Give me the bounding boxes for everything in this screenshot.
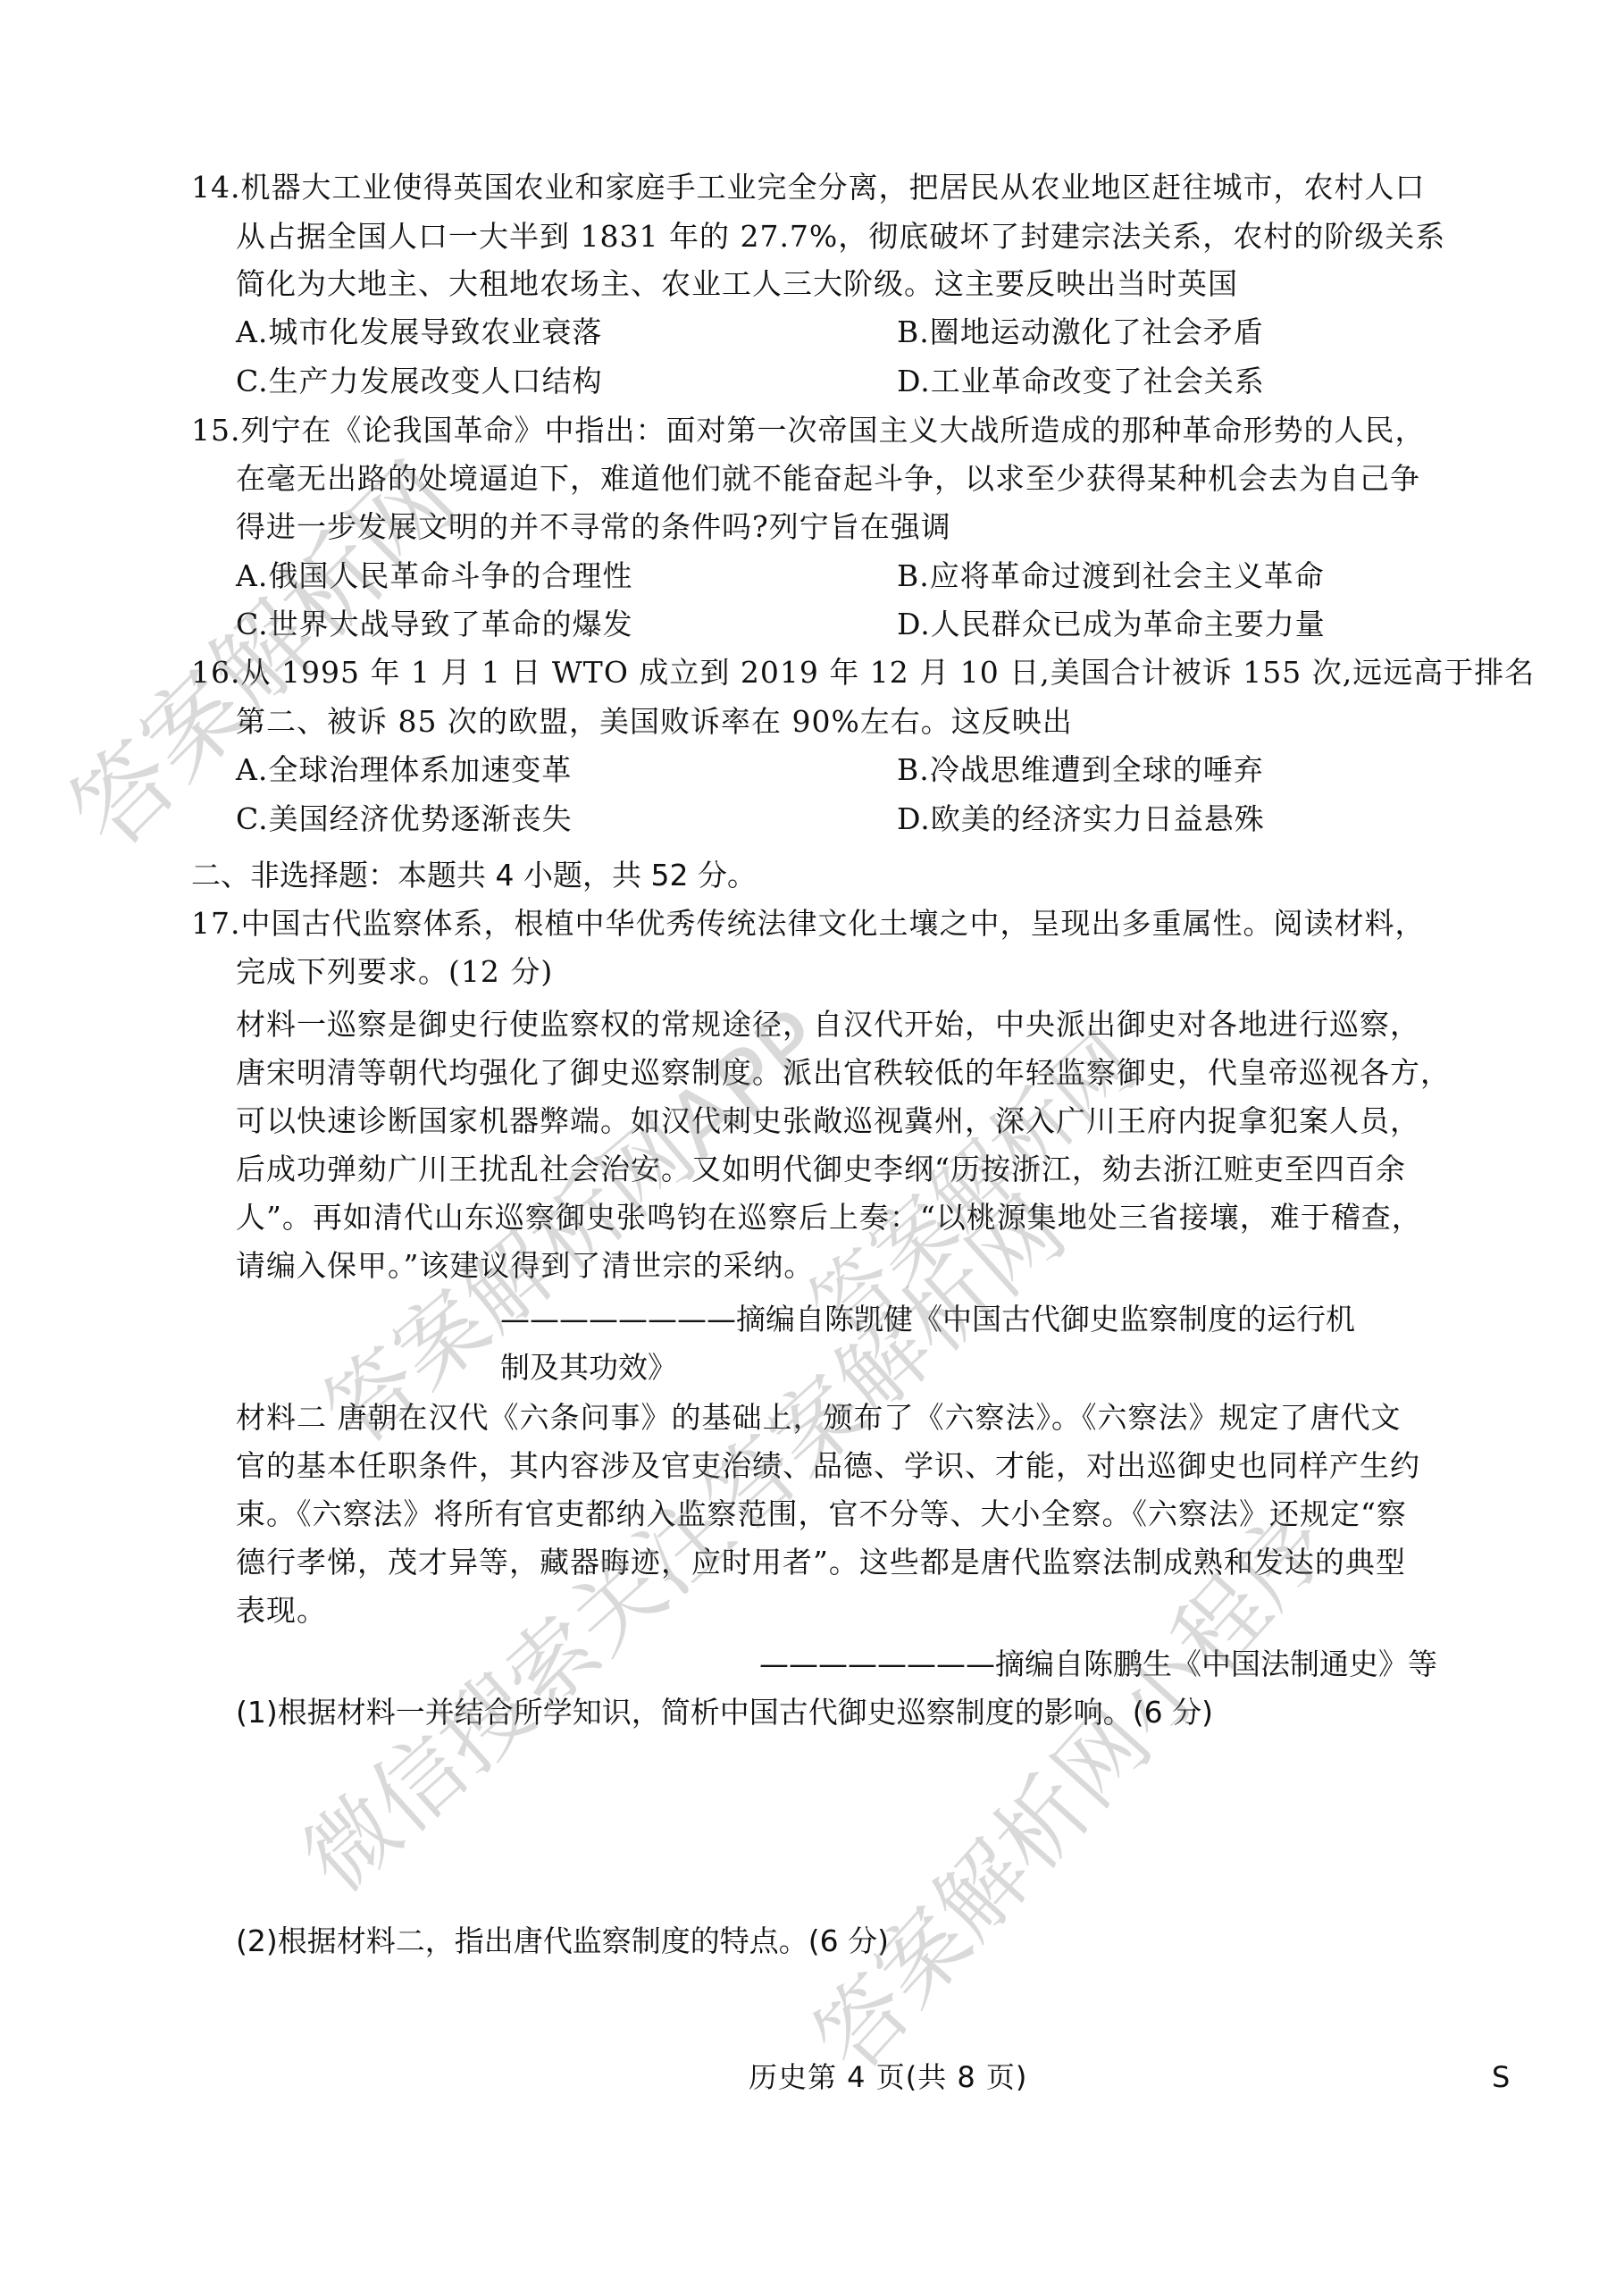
option-c: C.美国经济优势逐渐丧失 [236,801,573,837]
question-line: 从占据全国人口一大半到 1831 年的 27.7%，彻底破坏了封建宗法关系，农村… [236,219,1445,255]
sub-question-2: (2)根据材料二，指出唐代监察制度的特点。(6 分) [236,1923,889,1959]
question-line: 得进一步发展文明的并不寻常的条件吗?列宁旨在强调 [236,509,951,545]
question-number: 17. [191,906,240,941]
question-line: 简化为大地主、大租地农场主、农业工人三大阶级。这主要反映出当时英国 [236,266,1238,302]
material-2-source: ————————摘编自陈鹏生《中国法制通史》等 [759,1647,1437,1682]
material-1-source-cont: 制及其功效》 [500,1350,677,1386]
question-line: 在毫无出路的处境逼迫下，难道他们就不能奋起斗争，以求至少获得某种机会去为自己争 [236,461,1420,497]
option-b: B.应将革命过渡到社会主义革命 [897,558,1325,594]
option-b: B.冷战思维遭到全球的唾弃 [897,752,1264,788]
option-d: D.欧美的经济实力日益悬殊 [897,801,1265,837]
exam-page: 14.机器大工业使得英国农业和家庭手工业完全分离，把居民从农业地区赶往城市，农村… [0,0,1624,2296]
option-a: A.全球治理体系加速变革 [236,752,572,788]
option-c: C.世界大战导致了革命的爆发 [236,607,633,642]
option-b: B.圈地运动激化了社会矛盾 [897,314,1264,350]
question-line: 完成下列要求。(12 分) [236,954,553,990]
question-line: 14.机器大工业使得英国农业和家庭手工业完全分离，把居民从农业地区赶往城市，农村… [191,170,1425,205]
option-a: A.城市化发展导致农业衰落 [236,314,602,350]
option-c: C.生产力发展改变人口结构 [236,364,603,399]
question-number: 14. [191,170,240,205]
option-d: D.人民群众已成为革命主要力量 [897,607,1326,642]
option-a: A.俄国人民革命斗争的合理性 [236,558,632,594]
section-heading: 二、非选择题：本题共 4 小题，共 52 分。 [191,858,757,893]
sub-question-1: (1)根据材料一并结合所学知识，简析中国古代御史巡察制度的影响。(6 分) [236,1695,1213,1730]
question-line: 15.列宁在《论我国革命》中指出：面对第一次帝国主义大战所造成的那种革命形势的人… [191,413,1425,448]
material-1-source: ————————摘编自陈凯健《中国古代御史监察制度的运行机 [500,1302,1355,1337]
version-mark: S [1492,2059,1511,2095]
option-d: D.工业革命改变了社会关系 [897,364,1265,399]
question-line: 17.中国古代监察体系，根植中华优秀传统法律文化土壤之中，呈现出多重属性。阅读材… [191,906,1425,942]
question-number: 15. [191,413,240,448]
question-number: 16. [191,655,240,690]
question-line: 第二、被诉 85 次的欧盟，美国败诉率在 90%左右。这反映出 [236,704,1073,740]
question-line: 16.从 1995 年 1 月 1 日 WTO 成立到 2019 年 12 月 … [191,655,1535,691]
page-number: 历史第 4 页(共 8 页) [749,2059,1027,2095]
